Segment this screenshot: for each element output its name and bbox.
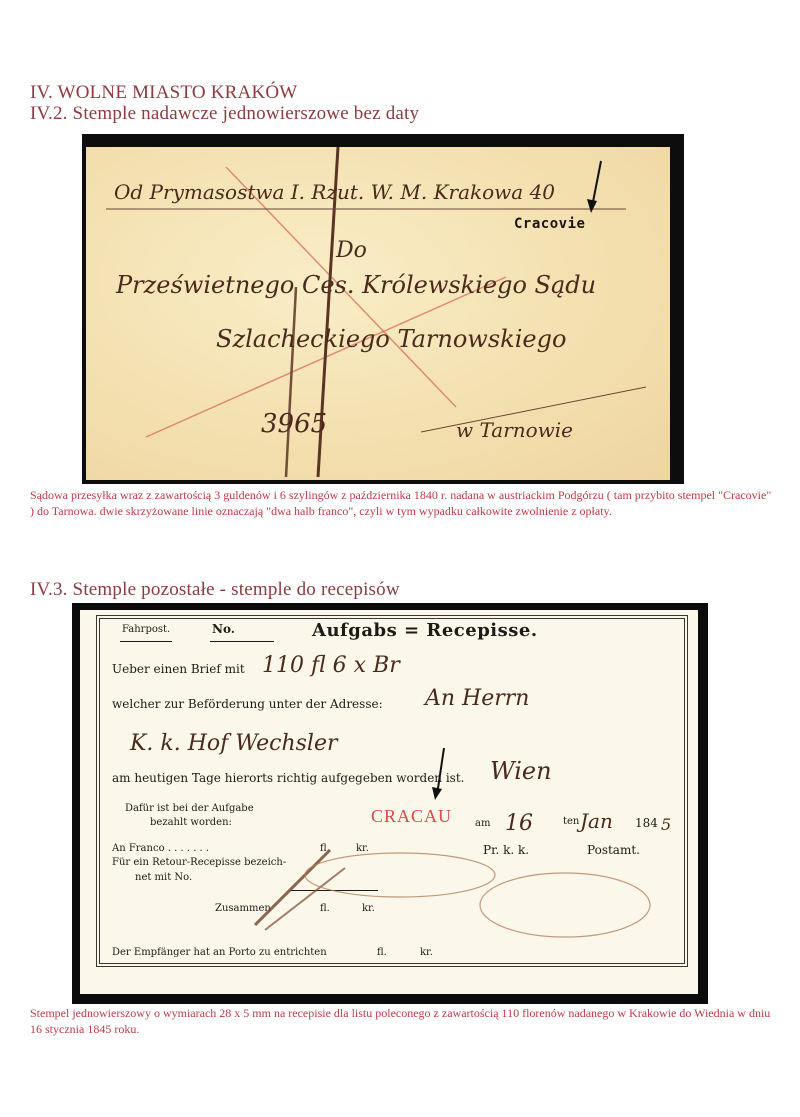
letter-handwriting-line3: Prześwietnego Ces. Królewskiego Sądu [115,271,596,299]
receipt-line-dafuer-2: bezahlt worden: [150,817,232,828]
receipt-line-brief: Ueber einen Brief mit [112,662,245,676]
receipt-label-ten: ten [563,816,579,827]
receipt-line-zusammen: Zusammen [215,903,271,914]
receipt-cracau-caption: Stempel jednowierszowy o wymiarach 28 x … [30,1006,775,1037]
receipt-line-retour-2: net mit No. [135,872,192,883]
receipt-line-aufgegeben: am heutigen Tage hierorts richtig aufgeg… [112,771,464,785]
chapter-heading: IV. WOLNE MIASTO KRAKÓW [30,82,297,103]
sum-rule [290,890,378,891]
receipt-label-postamt: Postamt. [587,843,640,857]
stamp-cracovie: Cracovie [514,216,585,232]
receipt-line-empfaenger: Der Empfänger hat an Porto zu entrichten [112,947,327,958]
letter-handwriting-line1: Od Prymasostwa I. Rzut. W. M. Krakowa 40 [114,180,555,204]
letter-cracovie-caption: Sądowa przesyłka wraz z zawartością 3 gu… [30,488,775,519]
letter-handwriting-number: 3965 [261,409,327,439]
letter-handwriting-line2: Do [335,238,367,263]
franco-unit-kr: kr. [356,843,369,854]
receipt-year-printed: 184 [635,816,658,830]
zusammen-unit-kr: kr. [362,903,375,914]
empfaenger-unit-fl: fl. [377,947,387,958]
letter-handwriting-line4: Szlacheckiego Tarnowskiego [216,325,566,353]
empfaenger-unit-kr: kr. [420,947,433,958]
zusammen-unit-fl: fl. [320,903,330,914]
stamp-cracau: CRACAU [371,806,452,827]
receipt-line-dafuer-1: Dafür ist bei der Aufgabe [125,803,254,814]
section-heading-iv2: IV.2. Stemple nadawcze jednowierszowe be… [30,103,419,124]
letter-cracovie-image: Od Prymasostwa I. Rzut. W. M. Krakowa 40… [86,147,670,480]
receipt-label-prkk: Pr. k. k. [483,843,529,857]
section-heading-iv3: IV.3. Stemple pozostałe - stemple do rec… [30,579,400,600]
letter-cracovie-ink: Od Prymasostwa I. Rzut. W. M. Krakowa 40… [86,147,670,480]
receipt-line-retour-1: Für ein Retour-Recepisse bezeich- [112,857,286,868]
franco-unit-fl: fl. [320,843,330,854]
receipt-line-franco: An Franco . . . . . . . [112,843,209,854]
receipt-label-no: No. [212,622,235,636]
receipt-title: Aufgabs = Recepisse. [312,620,538,641]
fahrpost-underline [120,641,172,642]
receipt-label-fahrpost: Fahrpost. [122,624,170,635]
receipt-label-am: am [475,818,490,829]
no-underline [210,641,274,642]
letter-handwriting-destination: w Tarnowie [456,418,573,442]
receipt-line-adresse: welcher zur Beförderung unter der Adress… [112,697,383,711]
